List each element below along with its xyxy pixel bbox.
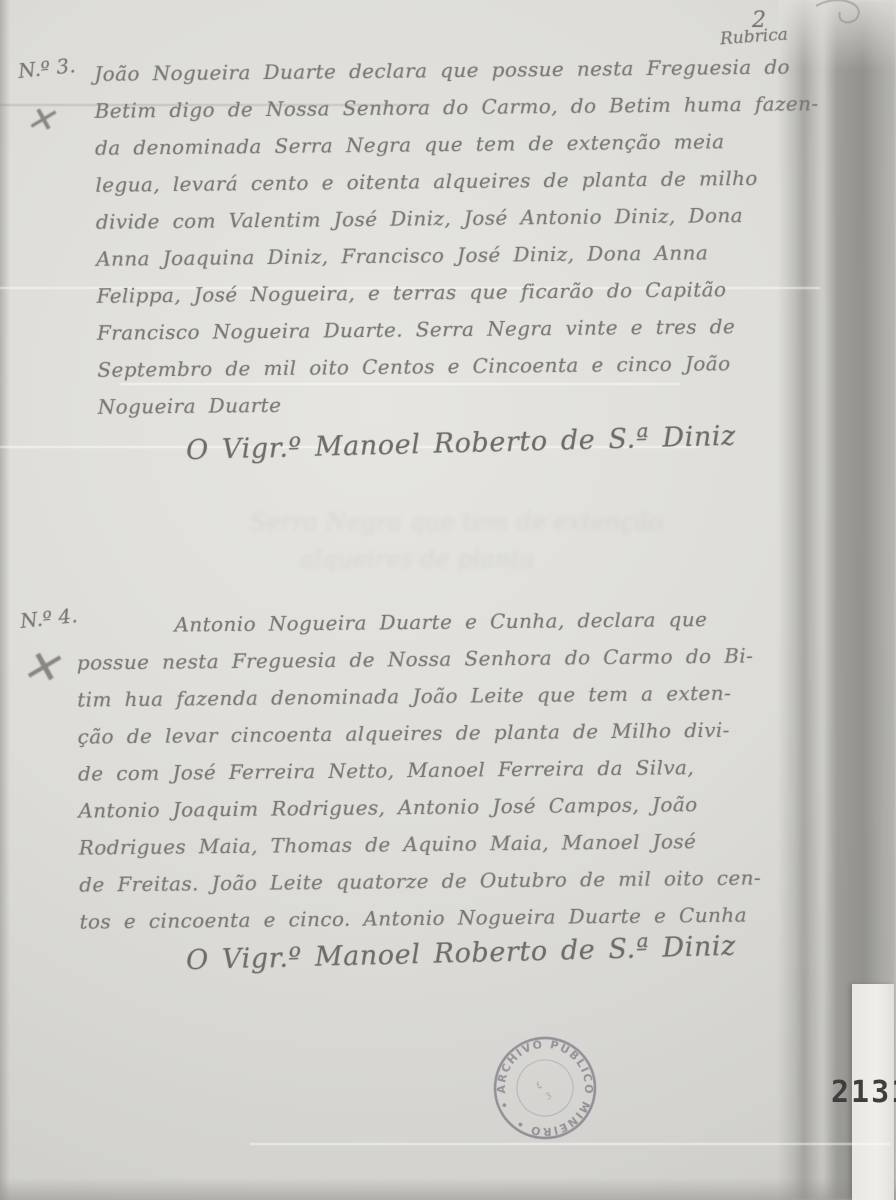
entry4-margin-mark: ✕	[19, 640, 63, 696]
entry3-margin-label: N.º 3.	[17, 53, 77, 83]
stamp-inner-mark: 3	[543, 1090, 554, 1103]
archive-stamp-text: • ARCHIVO PUBLICO MINEIRO •	[477, 1020, 613, 1156]
corner-scribble-mark	[806, 0, 876, 46]
archive-stamp-graphic: • ARCHIVO PUBLICO MINEIRO • ٤ 3	[461, 1004, 629, 1172]
manuscript-line: Nogueira Duarte	[98, 381, 822, 426]
stamp-inner-mark: ٤	[533, 1078, 544, 1092]
entry3-paragraph: João Nogueira Duarte declara que possue …	[94, 48, 822, 426]
scan-left-edge	[0, 0, 10, 1200]
archive-stamp: • ARCHIVO PUBLICO MINEIRO • ٤ 3	[461, 1004, 629, 1172]
manuscript-scan: 2 Rubrica N.º 3. ✕ João Nogueira Duarte …	[0, 0, 896, 1200]
ink-bleed-ghost: ​alqueires de planta	[300, 545, 534, 573]
svg-text:• ARCHIVO PUBLICO MINEIRO •: • ARCHIVO PUBLICO MINEIRO •	[477, 1020, 613, 1156]
scan-bottom-edge	[0, 1178, 896, 1200]
entry3-margin-mark: ✕	[23, 98, 57, 142]
entry4-margin-label: N.º 4.	[19, 603, 79, 633]
entry3-vicar-signature: O Vigr.º Manoel Roberto de S.ª Diniz	[186, 421, 737, 466]
catalog-number-stamp: 2131	[831, 1075, 896, 1110]
ink-bleed-ghost: ​Serra Negra que tem de extenção	[250, 508, 663, 536]
entry4-paragraph: Antonio Nogueira Duarte e Cunha, declara…	[76, 600, 761, 940]
